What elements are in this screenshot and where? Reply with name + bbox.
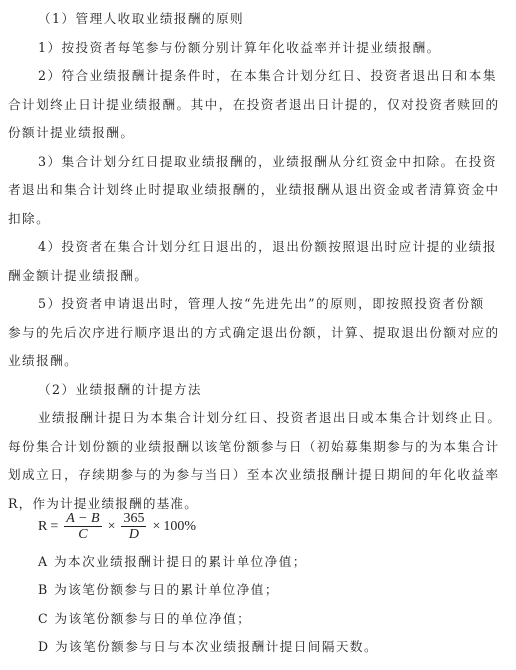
paragraph-line: 3）集合计划分红日提取业绩报酬的，业绩报酬从分红资金中扣除。在投资 [38,154,497,170]
paragraph-line: 份额计提业绩报酬。 [8,125,134,141]
definition-b: B 为该笔份额参与日的累计单位净值； [38,582,279,598]
paragraph-line: 2）符合业绩报酬计提条件时，在本集合计划分红日、投资者退出日和本集 [38,68,497,84]
paragraph-line: 5）投资者申请退出时，管理人按“先进先出”的原则，即按照投资者份额 [38,296,485,312]
paragraph-line: 4）投资者在集合计划分红日退出的，退出份额按照退出时应计提的业绩报 [38,239,497,255]
paragraph-line: 酬金额计提业绩报酬。 [8,268,148,284]
fraction-numerator: A − B [64,511,101,527]
formula-lhs: R [38,519,47,535]
fraction-numerator: 365 [121,511,146,527]
formula-equals: = [50,519,58,535]
fraction-denominator: C [76,527,89,542]
formula-percent: 100% [163,519,196,535]
formula-fraction-1: A − B C [64,511,101,542]
return-rate-formula: R = A − B C × 365 D × 100% [38,511,196,542]
definition-a: A 为本次业绩报酬计提日的累计单位净值； [38,554,307,570]
paragraph-line: 业绩报酬。 [8,353,78,369]
definition-c: C 为该笔份额参与日的单位净值； [38,611,251,627]
section-heading-2: （2）业绩报酬的计提方法 [38,382,202,398]
formula-times: × [108,519,116,535]
paragraph-line: 者退出和集合计划终止时提取业绩报酬的，业绩报酬从退出资金或者清算资金中 [8,182,500,198]
paragraph-line: R，作为计提业绩报酬的基准。 [8,496,198,512]
section-heading-1: （1）管理人收取业绩报酬的原则 [38,11,244,27]
formula-fraction-2: 365 D [121,511,146,542]
paragraph-line: 参与的先后次序进行顺序退出的方式确定退出份额，计算、提取退出份额对应的 [8,325,500,341]
formula-times: × [152,519,160,535]
paragraph-line: 1）按投资者每笔参与份额分别计算年化收益率并计提业绩报酬。 [38,40,441,56]
paragraph-line: 划成立日，存续期参与的为参与当日）至本次业绩报酬计提日期间的年化收益率 [8,467,500,483]
paragraph-line: 扣除。 [8,211,50,227]
paragraph-line: 每份集合计划份额的业绩报酬以该笔份额参与日（初始募集期参与的为本集合计 [8,439,500,455]
fraction-denominator: D [127,527,141,542]
paragraph-line: 合计划终止日计提业绩报酬。其中，在投资者退出日计提的，仅对投资者赎回的 [8,97,500,113]
paragraph-line: 业绩报酬计提日为本集合计划分红日、投资者退出日或本集合计划终止日。 [38,410,501,426]
definition-d: D 为该笔份额参与日与本次业绩报酬计提日间隔天数。 [38,639,378,655]
